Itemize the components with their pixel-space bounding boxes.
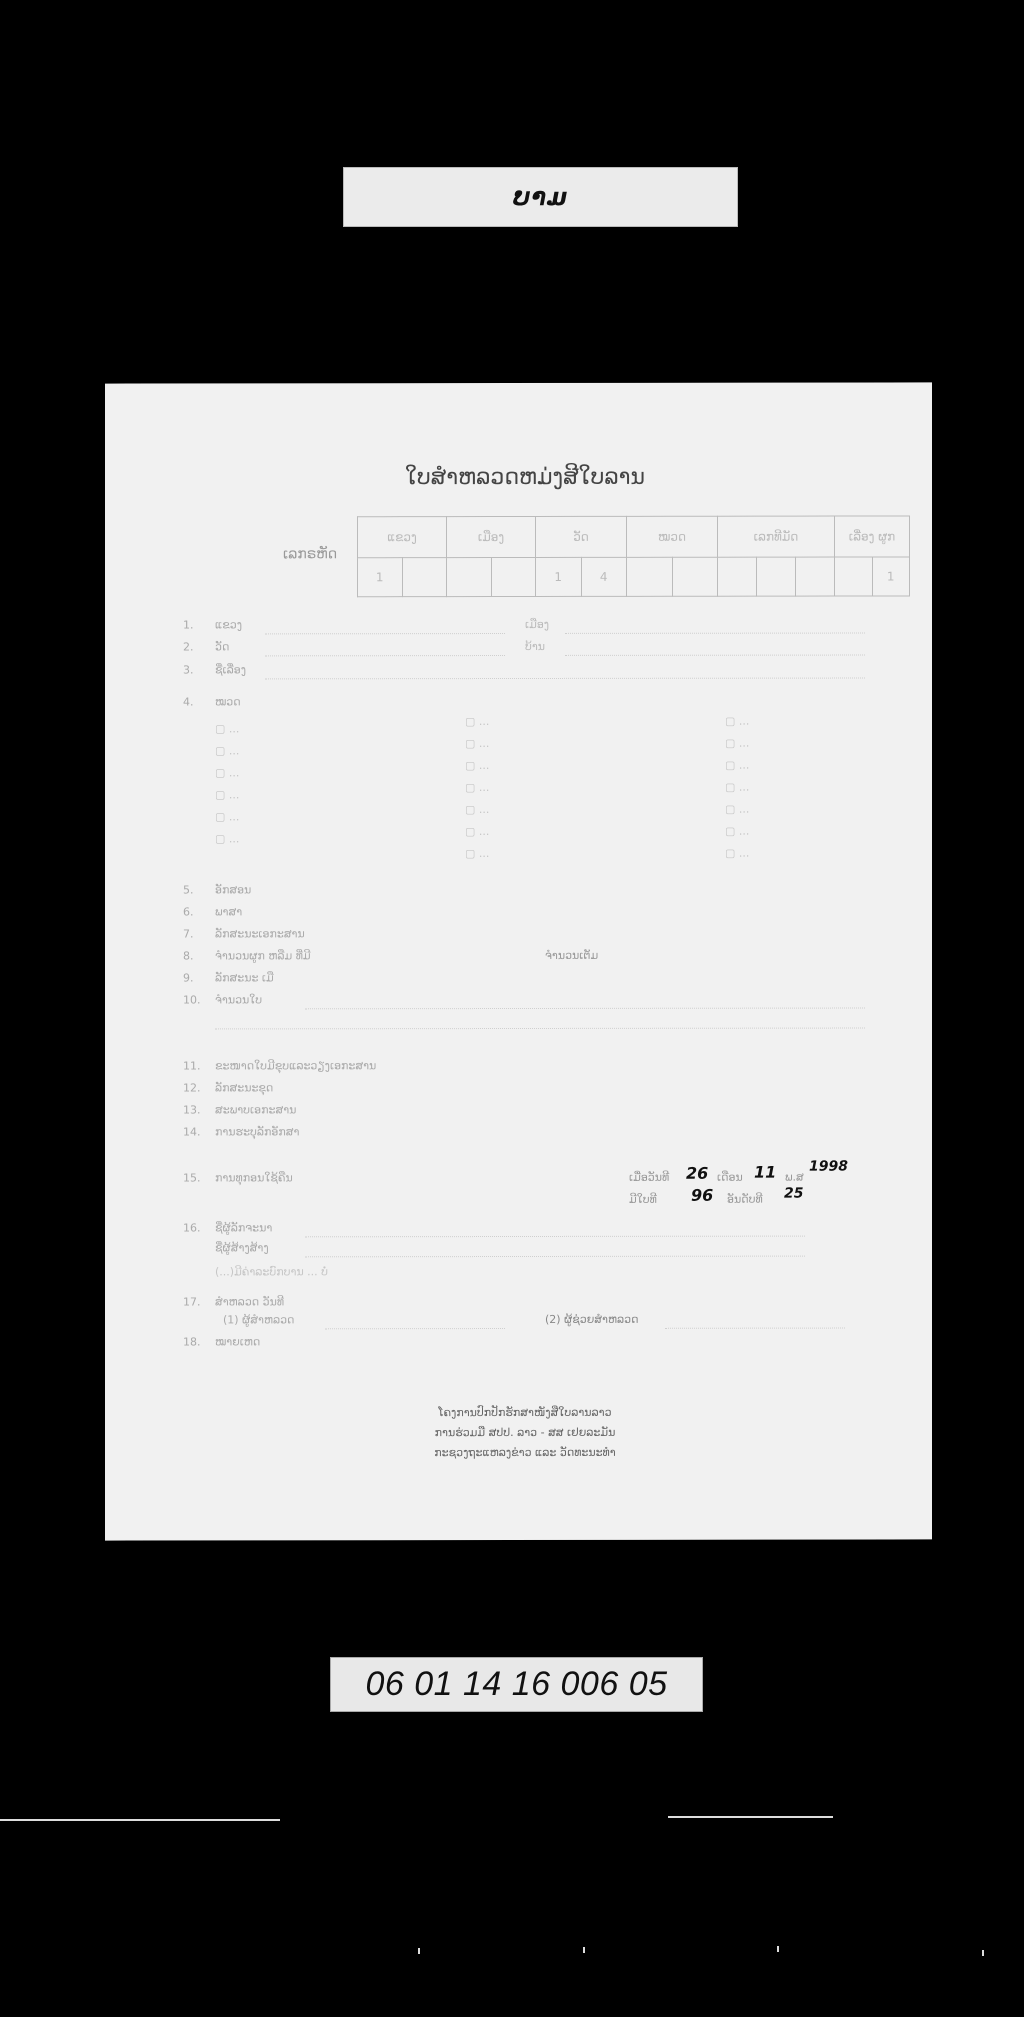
- code-cell: [627, 557, 673, 596]
- code-header-story-fascicle: ເລື່ອງ ຜູກ: [835, 516, 910, 557]
- label-strip-text: ບາມ: [513, 183, 568, 211]
- form-row-value-note: (...)ມີຄ່າລະບົກບານ ... ບໍ່: [215, 1265, 328, 1278]
- footer-line-2: ການຮ່ວມມື ສປປ. ລາວ - ສສ ເຢຍລະມັນ: [405, 1423, 645, 1443]
- month-label: ເດືອນ: [717, 1171, 743, 1184]
- survey-form-sheet: ໃບສຳຫລວດຫມ່ງສີໃບລານ ເລກຣຫັດ ແຂວງ ເມືອງ ວ…: [105, 382, 932, 1540]
- form-title: ໃບສຳຫລວດຫມ່ງສີໃບລານ: [405, 465, 645, 490]
- count-label: ອັນດັບທີ: [727, 1193, 763, 1206]
- form-row-script: 5.ອັກສອນ: [183, 883, 251, 896]
- handwritten-day: 26: [686, 1164, 708, 1183]
- film-speck: [777, 1946, 779, 1952]
- year-label: ພ.ສ: [785, 1171, 804, 1184]
- id-number-text: 06 01 14 16 006 05: [365, 1665, 667, 1704]
- code-cell: [835, 557, 873, 596]
- code-header-category: ໝວດ: [627, 516, 718, 557]
- code-cell: [402, 558, 447, 597]
- top-label-strip: ບາມ: [343, 167, 738, 227]
- film-edge-artifact: [0, 1819, 280, 1821]
- code-grid: ແຂວງ ເມືອງ ວັດ ໝວດ ເລກທີມັດ ເລື່ອງ ຜູກ 1…: [357, 515, 910, 597]
- handwritten-month: 11: [754, 1163, 776, 1182]
- form-row-fascicle-count: 8.ຈຳນວນຜູກ ຫລືມ ທີ່ມີ: [183, 949, 311, 962]
- form-row-sponsor: ຊື່ຜູ້ສ້າງສ້າງ: [215, 1241, 269, 1254]
- code-header-bundle-number: ເລກທີມັດ: [718, 516, 835, 557]
- form-row-condition: 13.ສະພາບເອກະສານ: [183, 1103, 296, 1116]
- form-row-village-label: ບ້ານ: [525, 640, 545, 653]
- id-number-strip: 06 01 14 16 006 05: [330, 1657, 703, 1712]
- handwritten-leaves: 96: [691, 1186, 713, 1205]
- code-cell: [491, 557, 536, 596]
- leaves-label: ມີ​ໃບ​ທີ: [629, 1193, 657, 1206]
- form-row-remarks: 18.ໝາຍເຫດ: [183, 1335, 260, 1348]
- handwritten-year: 1998: [809, 1159, 848, 1175]
- code-cell: [447, 558, 492, 597]
- date-prefix-label: ເມື່ອວັນທີ: [629, 1171, 669, 1184]
- form-row-category: 4.ໝວດ: [183, 695, 241, 708]
- handwritten-count: 25: [784, 1186, 803, 1202]
- form-footer: ໂຄງການປົກປັກຮັກສາໜັງສືໃບລານລາວ ການຮ່ວມມື…: [405, 1403, 645, 1463]
- code-label: ເລກຣຫັດ: [283, 546, 337, 562]
- film-speck: [982, 1950, 984, 1956]
- form-row-province: 1.ແຂວງ: [183, 618, 242, 631]
- category-options-col-1: ▢ ...▢ ...▢ ...▢ ...▢ ...▢ ...: [215, 718, 239, 850]
- code-cell: 1: [872, 557, 910, 596]
- code-cell: 1: [358, 558, 403, 597]
- surveyor-label: (1) ຜູ້ສຳຫລວດ: [223, 1313, 294, 1326]
- form-row-preservation: 14.ການຮະບຸລັກອັກສາ: [183, 1125, 299, 1138]
- film-speck: [418, 1948, 420, 1954]
- form-row-title: 3.ຊື່ເລື່ອງ: [183, 663, 246, 676]
- form-row-temple: 2.ວັດ: [183, 640, 229, 653]
- form-row-document-type: 7.ລັກສະນະເອກະສານ: [183, 927, 305, 940]
- form-row-author: 16.ຊື່ຜູ້ລັກຈະນາ: [183, 1221, 272, 1234]
- form-row-language: 6.ພາສາ: [183, 905, 242, 918]
- code-cell: [757, 557, 796, 596]
- code-header-province: ແຂວງ: [358, 517, 447, 558]
- code-cell: 1: [536, 557, 582, 596]
- form-row-surveyed-date: 17.ສຳຫລວດ ວັນທີ: [183, 1295, 284, 1308]
- assistant-surveyor-label: (2) ຜູ້ຊ່ວຍສຳຫລວດ: [545, 1313, 638, 1326]
- film-speck: [583, 1947, 585, 1953]
- code-cell: [796, 557, 835, 596]
- category-options-col-3: ▢ ...▢ ...▢ ...▢ ...▢ ...▢ ...▢ ...: [725, 711, 749, 865]
- code-cell: 4: [581, 557, 627, 596]
- form-row-material: 9.ລັກສະນະ ເມື: [183, 971, 274, 984]
- code-header-district: ເມືອງ: [447, 516, 536, 557]
- code-cell: [672, 557, 718, 596]
- footer-line-3: ກະຊວງຖະແຫລງຂ່າວ ແລະ ວັດທະນະທຳ: [405, 1443, 645, 1463]
- form-row-dimensions: 11.ຂະໜາດໃບມີຂຸບແລະວຽງເອກະສານ: [183, 1059, 376, 1072]
- code-header-temple: ວັດ: [536, 516, 627, 557]
- form-row-leaf-count: 10.ຈຳນວນໃບ: [183, 993, 262, 1006]
- code-cell: [718, 557, 757, 596]
- form-row-writing-style: 12.ລັກສະນະຂຸດ: [183, 1081, 273, 1094]
- film-edge-artifact: [668, 1816, 833, 1818]
- category-options-col-2: ▢ ...▢ ...▢ ...▢ ...▢ ...▢ ...▢ ...: [465, 711, 489, 865]
- form-row-copying: 15.ການທຸກອນໃຊ້ຄືນ: [183, 1171, 293, 1184]
- form-row-district-label: ເມືອງ: [525, 618, 549, 631]
- complete-count-label: ຈຳນວນເຕັມ: [545, 949, 598, 962]
- footer-line-1: ໂຄງການປົກປັກຮັກສາໜັງສືໃບລານລາວ: [405, 1403, 645, 1423]
